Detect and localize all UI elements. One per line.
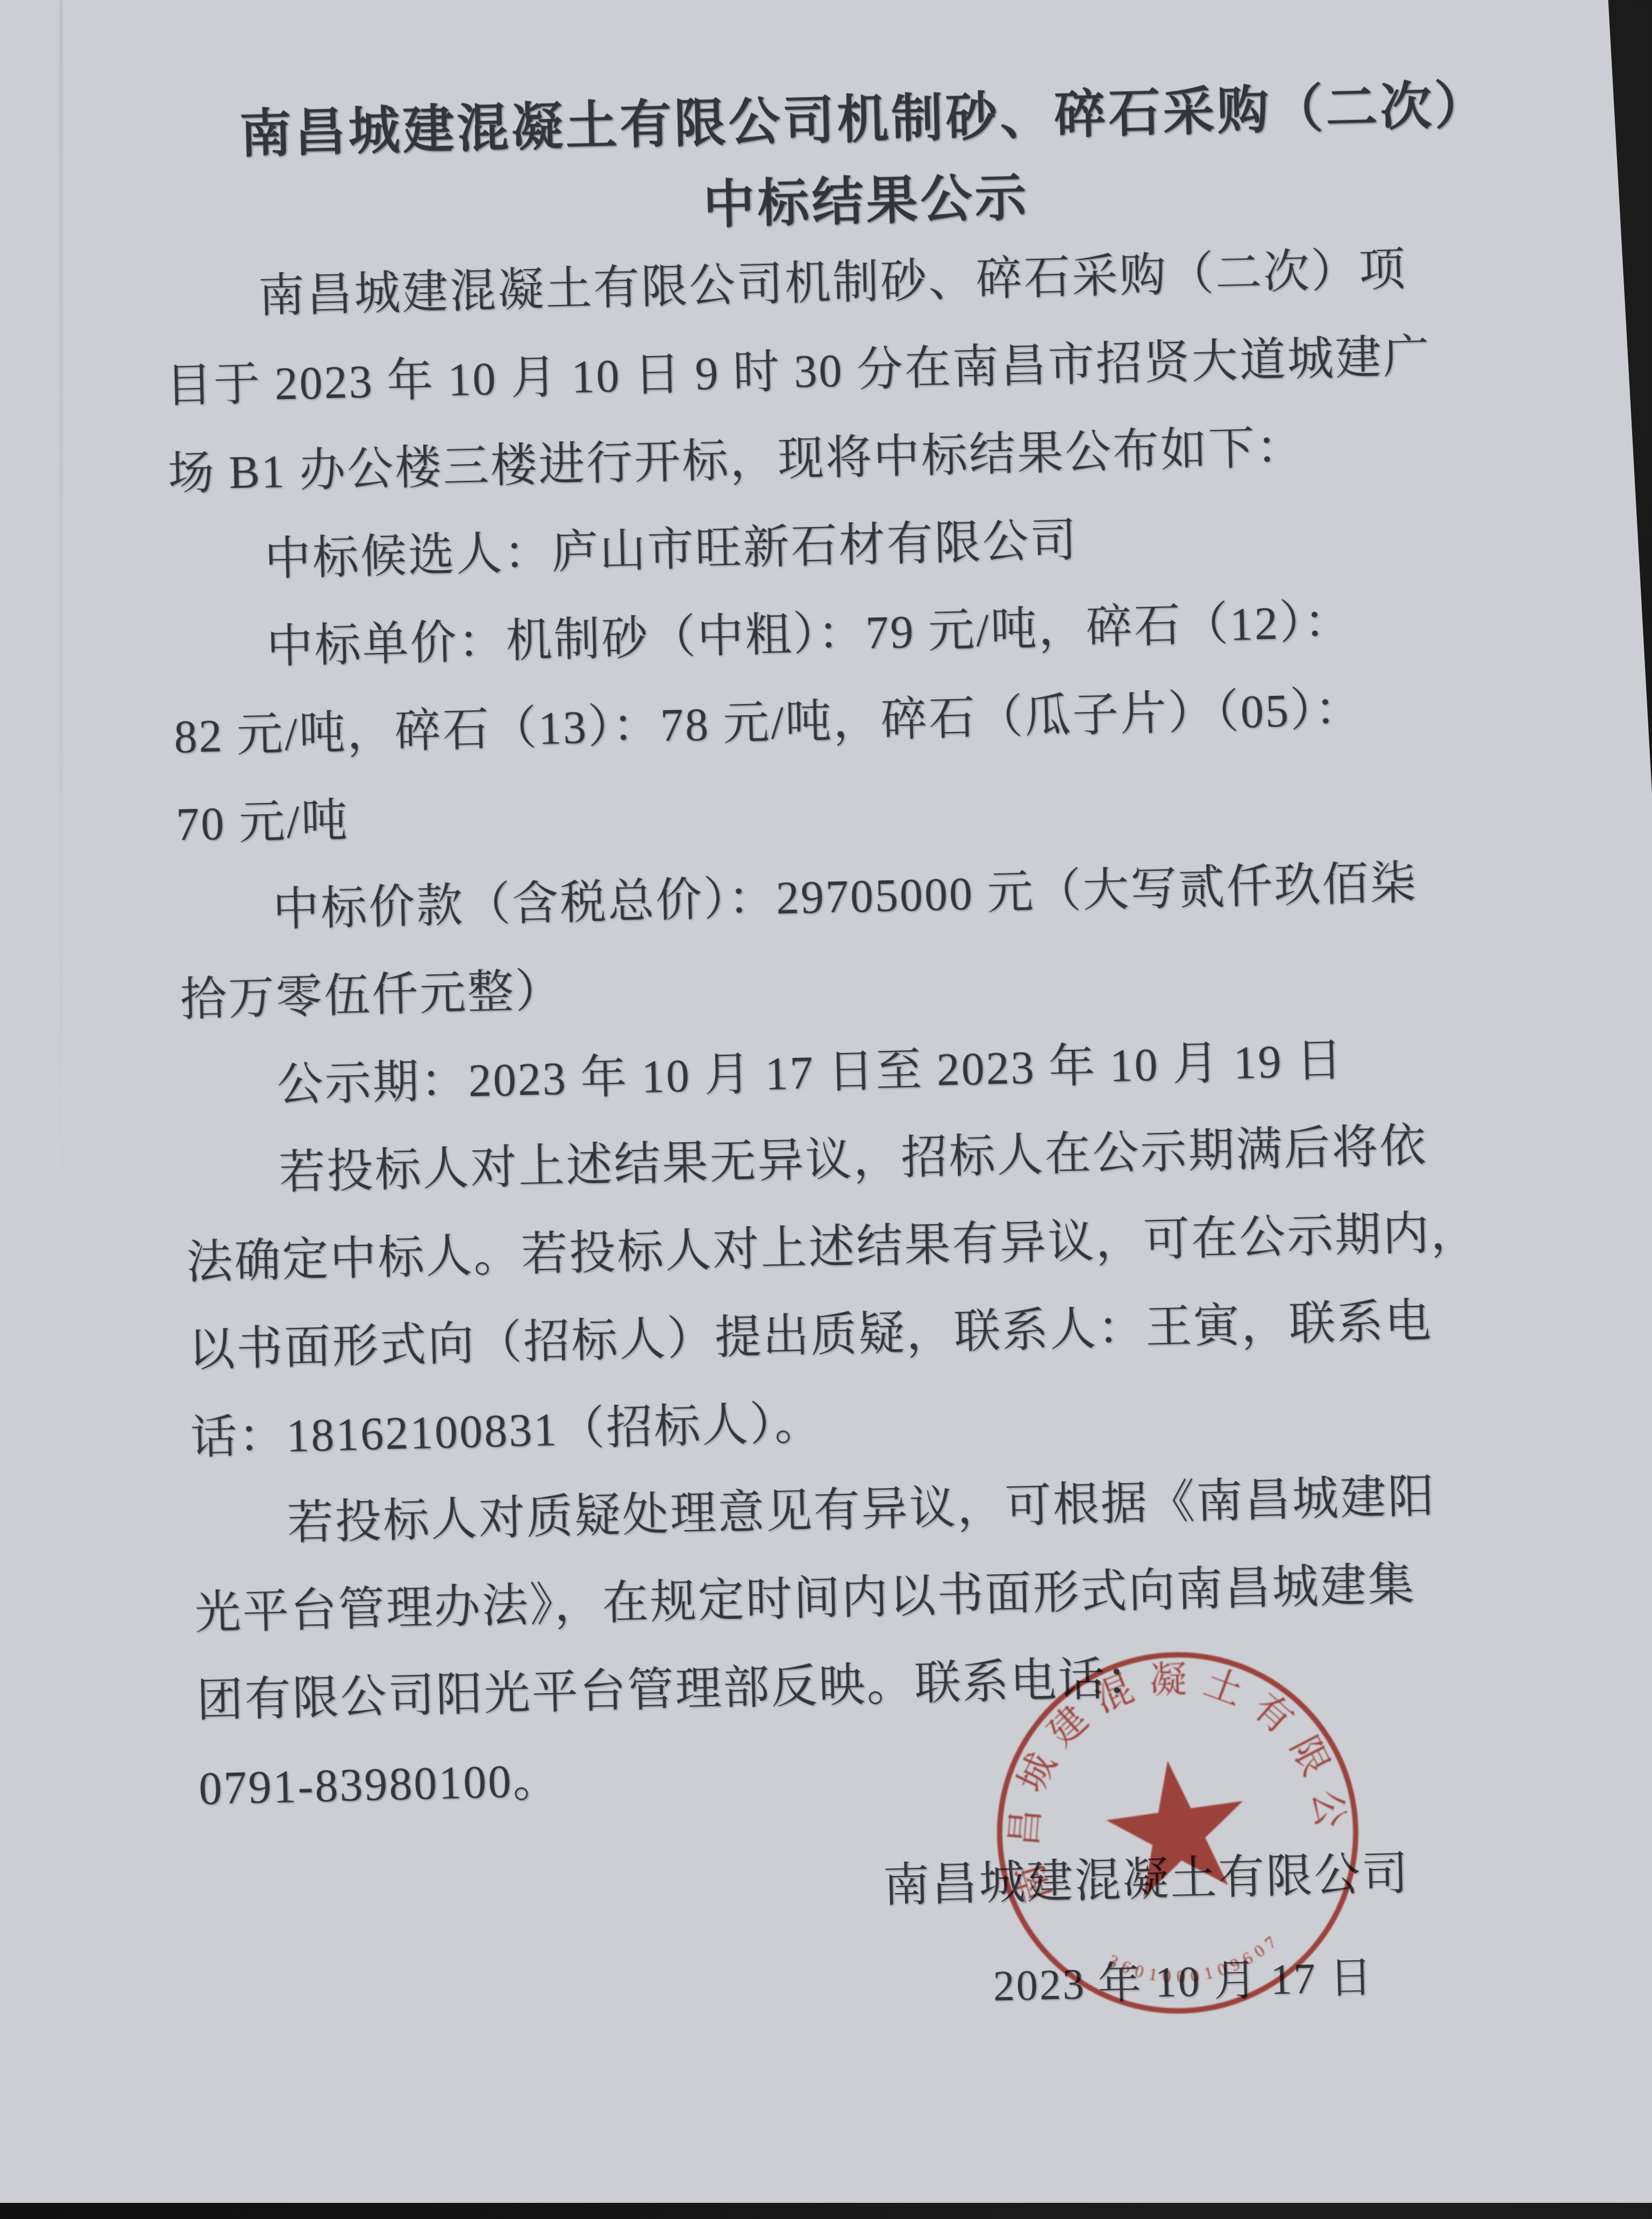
body-line: 南昌城建混凝土有限公司机制砂、碎石采购（二次）项 xyxy=(163,237,1573,328)
body-line: 目于 2023 年 10 月 10 日 9 时 30 分在南昌市招贤大道城建广 xyxy=(165,324,1575,416)
document-paper: 南昌城建混凝土有限公司机制砂、碎石采购（二次） 中标结果公示 南昌城建混凝土有限… xyxy=(0,0,1652,2203)
document-title-line2: 中标结果公示 xyxy=(161,156,1571,247)
body-line-publicity-period: 公示期：2023 年 10 月 17 日至 2023 年 10 月 19 日 xyxy=(182,1025,1592,1116)
body-line-platform: 若投标人对质疑处理意见有异议，可根据《南昌城建阳 xyxy=(192,1463,1602,1555)
body-line-total-price: 拾万零伍仟元整） xyxy=(180,937,1590,1029)
body-line-winning-bidder: 中标候选人：庐山市旺新石材有限公司 xyxy=(169,499,1579,591)
seal-star-icon xyxy=(1099,1751,1254,1901)
body-line-total-price: 中标价款（含税总价）：29705000 元（大写贰仟玖佰柒 xyxy=(177,850,1587,941)
company-seal-stamp: 南昌城建混凝土有限公司 3601000109607 xyxy=(965,1620,1391,2046)
photo-of-document: { "document": { "title_line1": "南昌城建混凝土有… xyxy=(0,0,1652,2203)
body-line-unit-prices: 70 元/吨 xyxy=(175,762,1585,854)
body-line-objection: 若投标人对上述结果无异议，招标人在公示期满后将依 xyxy=(184,1113,1594,1204)
body-line-contact-phone: 话：18162100831（招标人）。 xyxy=(190,1376,1600,1467)
body-line-unit-prices: 82 元/吨，碎石（13）：78 元/吨，碎石（瓜子片）（05）： xyxy=(173,674,1583,766)
body-line-platform: 团有限公司阳光平台管理部反映。联系电话： xyxy=(196,1639,1606,1730)
body-line: 场 B1 办公楼三楼进行开标，现将中标结果公布如下： xyxy=(167,411,1577,503)
body-line-platform-phone: 0791-83980100。 xyxy=(198,1726,1608,1818)
body-line-platform: 光平台管理办法》，在规定时间内以书面形式向南昌城建集 xyxy=(194,1551,1604,1642)
body-line-unit-prices: 中标单价：机制砂（中粗）：79 元/吨，碎石（12）： xyxy=(172,587,1582,678)
seal-serial-number: 3601000109607 xyxy=(1103,1927,1288,1997)
document-body: 南昌城建混凝土有限公司机制砂、碎石采购（二次） 中标结果公示 南昌城建混凝土有限… xyxy=(157,0,1618,2203)
paper-crease xyxy=(60,0,62,1237)
document-title-line1: 南昌城建混凝土有限公司机制砂、碎石采购（二次） xyxy=(159,74,1569,166)
body-line-objection: 以书面形式向（招标人）提出质疑，联系人：王寅，联系电 xyxy=(188,1288,1598,1379)
body-line-objection: 法确定中标人。若投标人对上述结果有异议，可在公示期内， xyxy=(186,1200,1596,1292)
